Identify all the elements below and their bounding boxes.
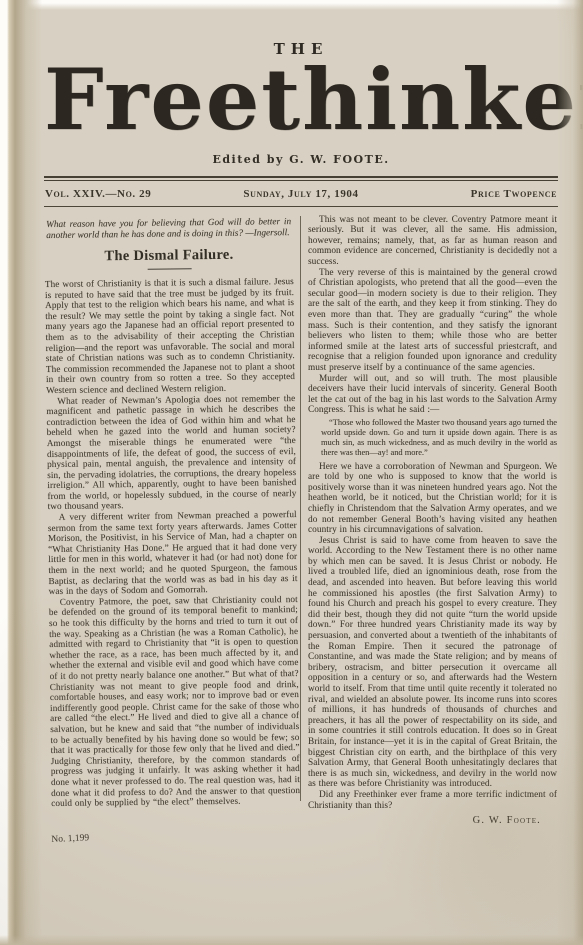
article-paragraph: The very reverse of this is maintained b… [308,267,557,373]
issue-number: No. 1,199 [51,823,300,845]
scan-edge-top [0,0,583,10]
page-content: THE Freethinker Edited by G. W. FOOTE. V… [44,14,558,841]
article-paragraph: A very different writer from Newman prea… [48,509,298,597]
article-paragraph: Did any Freethinker ever frame a more te… [308,789,557,810]
article-paragraph: Jesus Christ is said to have come from h… [308,535,557,789]
pull-quote: “Those who followed the Master two thous… [321,418,557,458]
column-left: What reason have you for believing that … [44,214,301,845]
newspaper-front-page: THE Freethinker Edited by G. W. FOOTE. V… [0,0,583,945]
article-paragraph: What reader of Newman’s Apologia does no… [46,392,296,512]
epigraph: What reason have you for believing that … [46,217,291,242]
masthead-editor-line: Edited by G. W. FOOTE. [44,153,558,166]
article-paragraph: This was not meant to be clever. Coventr… [308,214,557,267]
scan-edge-left [0,0,42,945]
column-divider [300,216,301,802]
masthead-double-rule [44,176,558,181]
price-label: Price Twopence [402,188,557,200]
issue-date: Sunday, July 17, 1904 [200,188,402,200]
masthead-title: Freethinker [44,60,558,141]
author-signature: G. W. Foote. [308,815,557,826]
article-title: The Dismal Failure. [44,246,293,266]
column-right: This was not meant to be clever. Coventr… [308,214,557,842]
article-paragraph: Coventry Patmore, the poet, saw that Chr… [49,593,301,808]
volume-number: Vol. XXIV.—No. 29 [45,188,200,200]
article-paragraph: Here we have a corroboration of Newman a… [308,461,557,535]
article-title-rule [147,268,191,270]
dateline: Vol. XXIV.—No. 29 Sunday, July 17, 1904 … [44,188,558,200]
scan-edge-bottom [0,935,583,945]
dateline-rule [44,206,558,207]
article-columns: What reason have you for believing that … [44,214,558,842]
article-paragraph: The worst of Christianity is that it is … [45,276,295,396]
article-paragraph: Murder will out, and so will truth. The … [308,373,557,415]
